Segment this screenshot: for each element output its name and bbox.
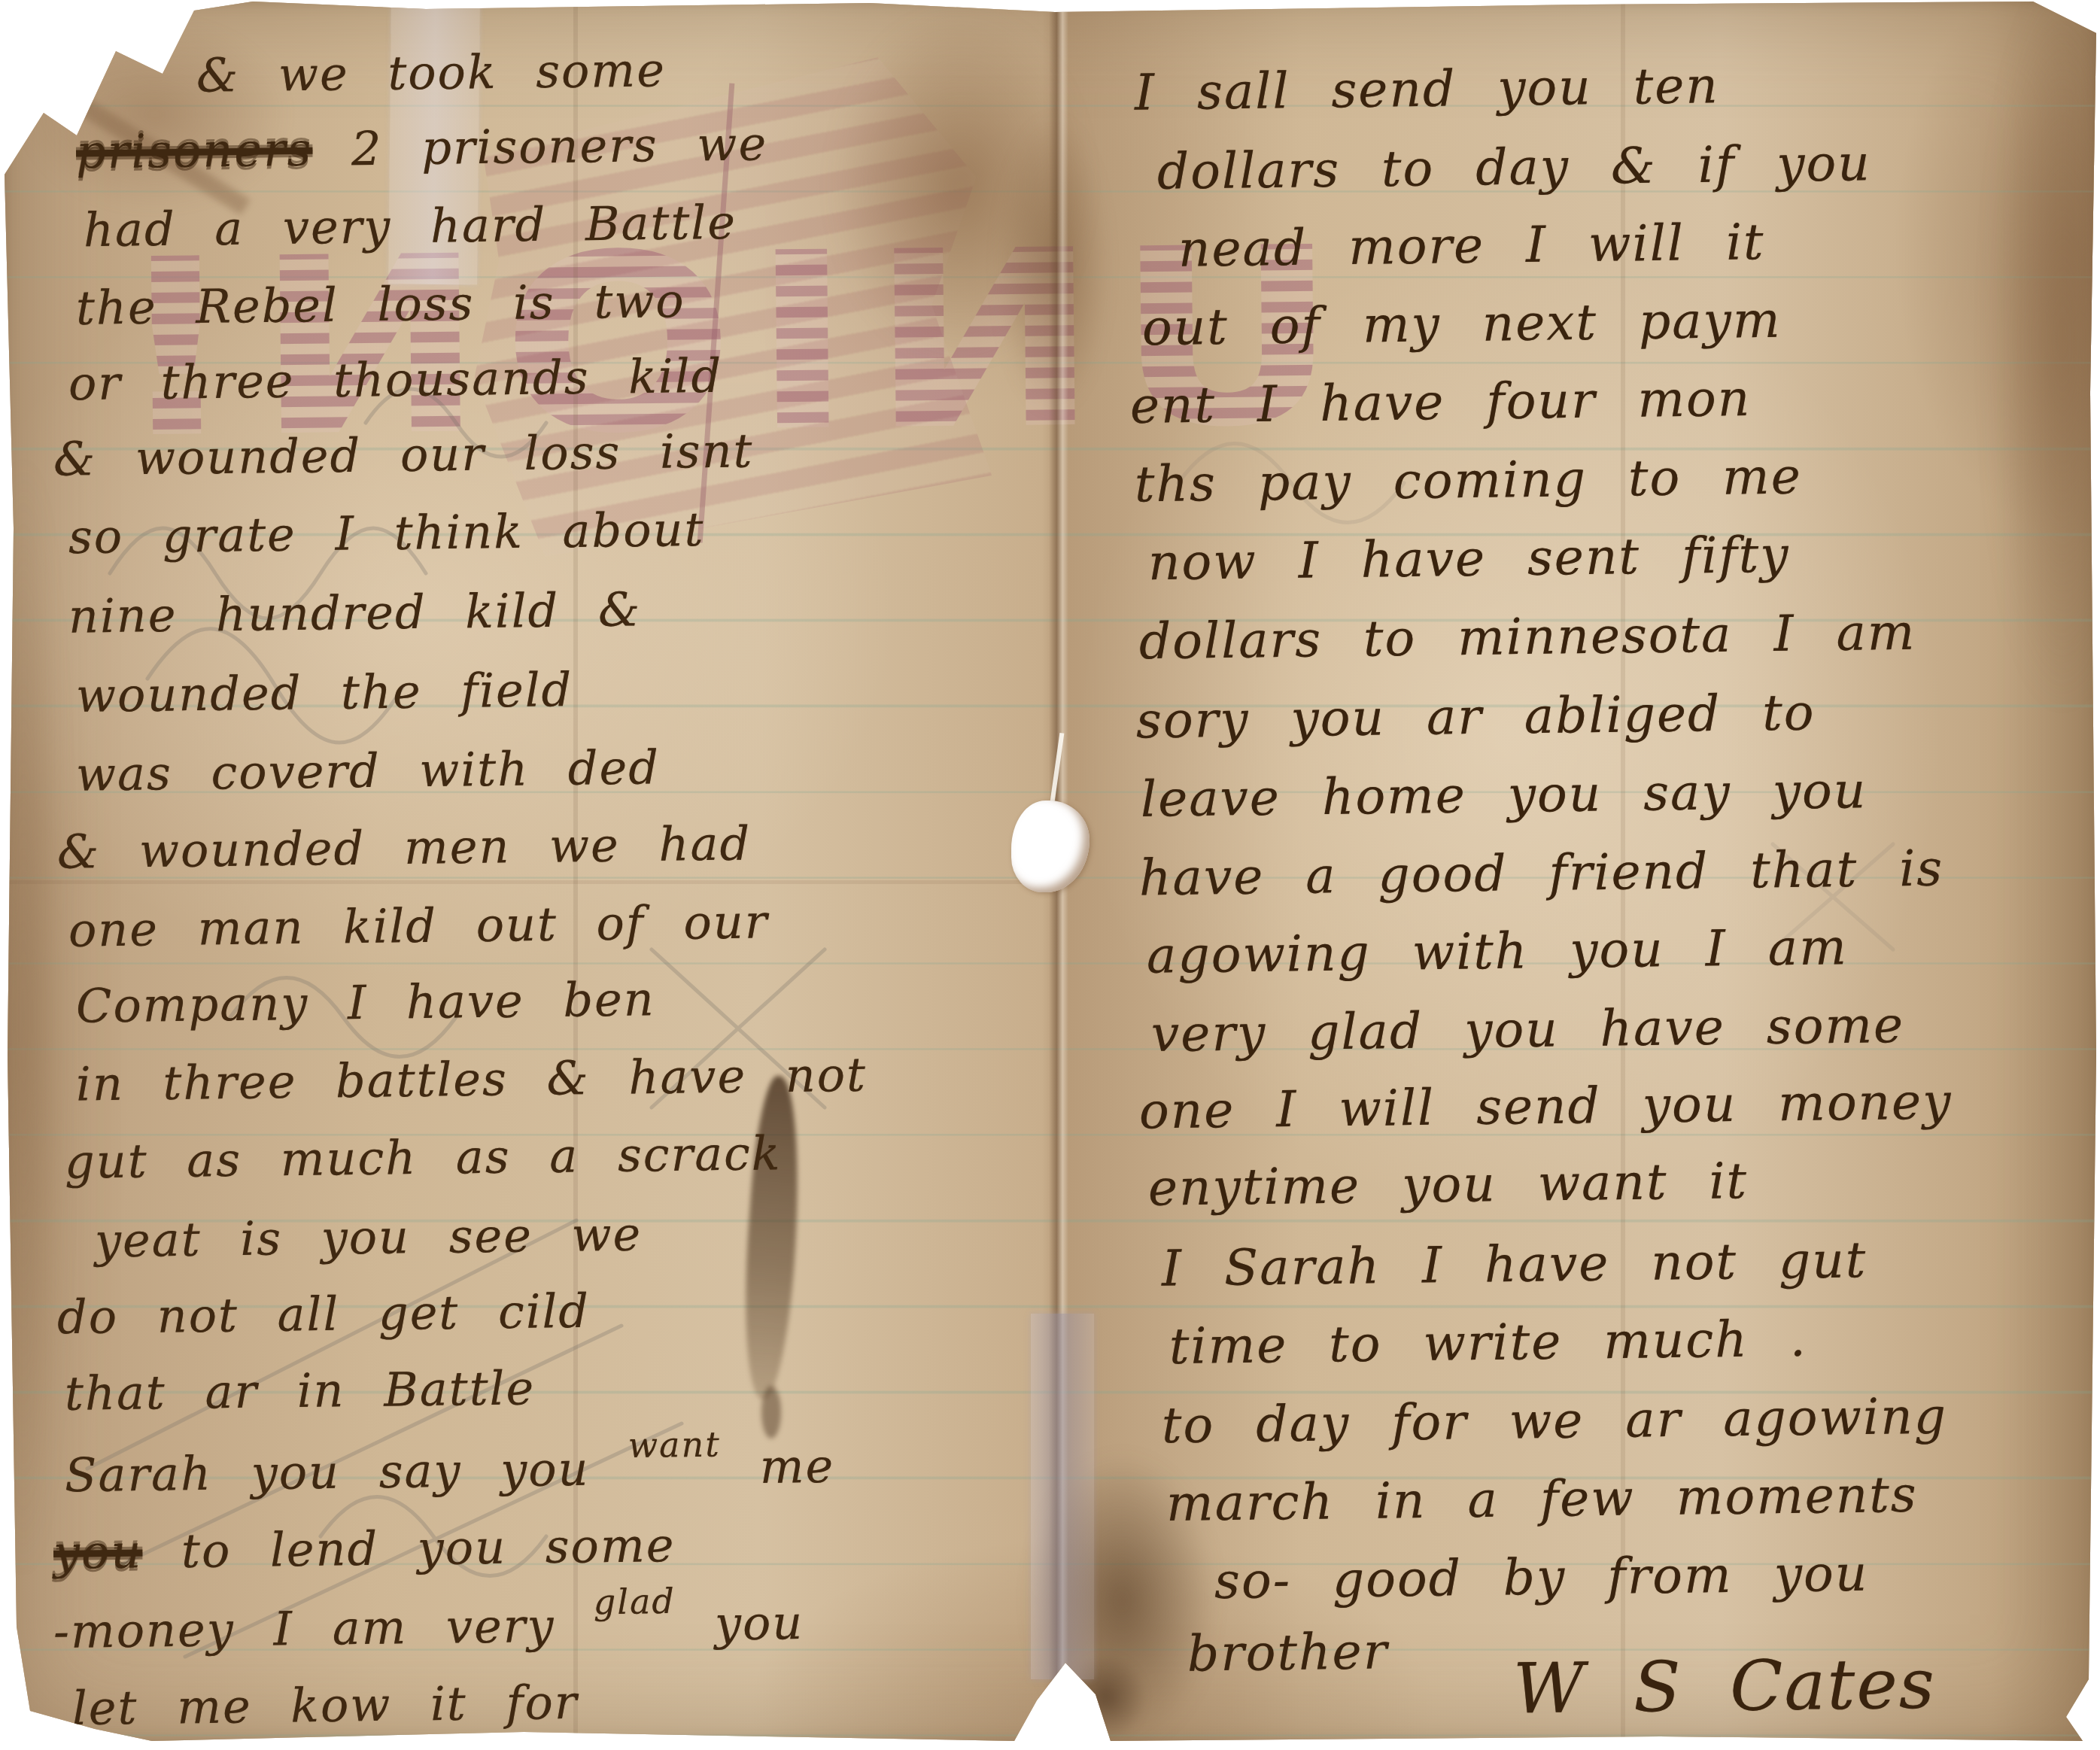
line-text: sory you ar abliged to xyxy=(1136,683,1816,749)
letter-line: & we took some xyxy=(196,42,667,103)
line-text: ent I have four mon xyxy=(1130,369,1752,435)
superscript-text: glad xyxy=(593,1581,676,1622)
line-text: or three thousands kild xyxy=(68,348,723,412)
line-text: let me kow it for xyxy=(72,1675,579,1736)
line-text: I sall send you ten xyxy=(1135,56,1720,121)
letter-line: & wounded our loss isnt xyxy=(53,423,754,486)
line-text: & we took some xyxy=(196,42,667,103)
line-text: Company I have ben xyxy=(76,971,656,1033)
line-text: to day for we ar agowing xyxy=(1162,1387,1948,1455)
line-text: nead more I will it xyxy=(1178,213,1765,278)
line-tail-text: you xyxy=(676,1595,804,1651)
letter-line: out of my next paym xyxy=(1142,291,1782,357)
letter-line: & wounded men we had xyxy=(57,816,752,879)
line-text: so grate I think about xyxy=(68,502,705,564)
line-text: brother xyxy=(1187,1622,1389,1682)
letter-line: one man kild out of our xyxy=(68,894,769,957)
line-text: so- good by from you xyxy=(1214,1545,1869,1611)
letter-line: Company I have ben xyxy=(76,971,656,1033)
letter-line: march in a few moments xyxy=(1166,1466,1919,1533)
line-text: in three battles & have not xyxy=(76,1047,868,1112)
line-text: nine hundred kild & xyxy=(68,582,642,643)
line-text: ths pay coming to me xyxy=(1135,448,1803,514)
line-text: wounded the field xyxy=(76,662,573,723)
letter-line: very glad you have some xyxy=(1151,996,1905,1063)
line-text: leave home you say you xyxy=(1141,761,1868,828)
letter-line: wounded the field xyxy=(76,662,573,723)
line-tail-text: me xyxy=(721,1439,835,1495)
line-text: yeat is you see we xyxy=(95,1207,643,1268)
line-text: time to write much . xyxy=(1169,1310,1808,1375)
letter-line: ent I have four mon xyxy=(1130,369,1752,435)
letter-line: sory you ar abliged to xyxy=(1136,683,1816,749)
letter-line: had a very hard Battle xyxy=(84,195,737,258)
letter-line: enytime you want it xyxy=(1148,1152,1749,1217)
superscript-text: want xyxy=(628,1424,721,1466)
letter-line: to day for we ar agowing xyxy=(1162,1387,1948,1455)
letter-line: do not all get cild xyxy=(57,1284,591,1345)
line-text: now I have sent fifty xyxy=(1148,526,1791,591)
strikethrough-text: you xyxy=(53,1524,143,1580)
letter-line: nine hundred kild & xyxy=(68,582,642,643)
line-text: march in a few moments xyxy=(1166,1466,1919,1533)
letter-line: I sall send you ten xyxy=(1135,56,1720,121)
line-text: was coverd with ded xyxy=(76,740,661,801)
line-text: & wounded our loss isnt xyxy=(53,423,754,486)
line-text: dollars to day & if you xyxy=(1157,134,1872,201)
letter-line: in three battles & have not xyxy=(76,1047,868,1112)
line-text: I Sarah I have not gut xyxy=(1162,1231,1868,1297)
line-text: had a very hard Battle xyxy=(84,195,737,258)
line-text: -money I am very xyxy=(53,1597,594,1659)
signature-text: W S Cates xyxy=(1512,1644,1936,1730)
letter-line: brother xyxy=(1187,1622,1389,1682)
letter-line: dollars to minnesota I am xyxy=(1139,603,1916,671)
letter-line: time to write much . xyxy=(1169,1310,1808,1375)
letter-paper-spread: UNION! & we took some xyxy=(5,2,2096,1741)
line-text: out of my next paym xyxy=(1142,291,1782,357)
line-text: Sarah you say you xyxy=(65,1441,629,1502)
line-text: the Rebel loss is two xyxy=(76,273,686,336)
line-text: gut as much as a scrack xyxy=(65,1126,782,1189)
letter-line: nead more I will it xyxy=(1178,213,1765,278)
letter-line: -money I am very glad you xyxy=(53,1595,804,1659)
letter-line: Sarah you say you want me xyxy=(65,1439,835,1502)
line-text: 2 prisoners we xyxy=(312,116,768,176)
letter-line: the Rebel loss is two xyxy=(76,273,686,336)
letter-line: that ar in Battle xyxy=(65,1360,536,1421)
line-text: agowing with you I am xyxy=(1147,918,1849,984)
letter-line: gut as much as a scrack xyxy=(65,1126,782,1189)
letter-line: now I have sent fifty xyxy=(1148,526,1791,591)
letter-line: yeat is you see we xyxy=(95,1207,643,1268)
letter-line: leave home you say you xyxy=(1141,761,1868,828)
line-text: one man kild out of our xyxy=(68,894,769,957)
letter-line: was coverd with ded xyxy=(76,740,661,801)
letter-line: agowing with you I am xyxy=(1147,918,1849,984)
letter-line: one I will send you money xyxy=(1139,1072,1953,1140)
line-text: do not all get cild xyxy=(57,1284,591,1345)
line-text: that ar in Battle xyxy=(65,1360,536,1421)
line-text: & wounded men we had xyxy=(57,816,752,879)
letter-line: prisoners 2 prisoners we xyxy=(76,116,768,179)
line-text: very glad you have some xyxy=(1151,996,1905,1063)
line-text: to lend you some xyxy=(142,1518,676,1579)
letter-line: dollars to day & if you xyxy=(1157,134,1872,201)
letter-line: ths pay coming to me xyxy=(1135,448,1803,514)
line-text: enytime you want it xyxy=(1148,1152,1749,1217)
letter-line: have a good friend that is xyxy=(1139,839,1944,907)
letter-line: or three thousands kild xyxy=(68,348,723,412)
line-text: one I will send you money xyxy=(1139,1072,1953,1140)
letter-line: so- good by from you xyxy=(1214,1545,1869,1611)
strikethrough-text: prisoners xyxy=(76,122,313,180)
letter-line: I Sarah I have not gut xyxy=(1162,1231,1868,1297)
letter-line: let me kow it for xyxy=(72,1675,579,1736)
letter-signature: W S Cates xyxy=(1512,1644,1936,1730)
line-text: dollars to minnesota I am xyxy=(1139,603,1916,671)
letter-line: so grate I think about xyxy=(68,502,705,564)
letter-line: you to lend you some xyxy=(53,1518,676,1580)
line-text: have a good friend that is xyxy=(1139,839,1944,907)
